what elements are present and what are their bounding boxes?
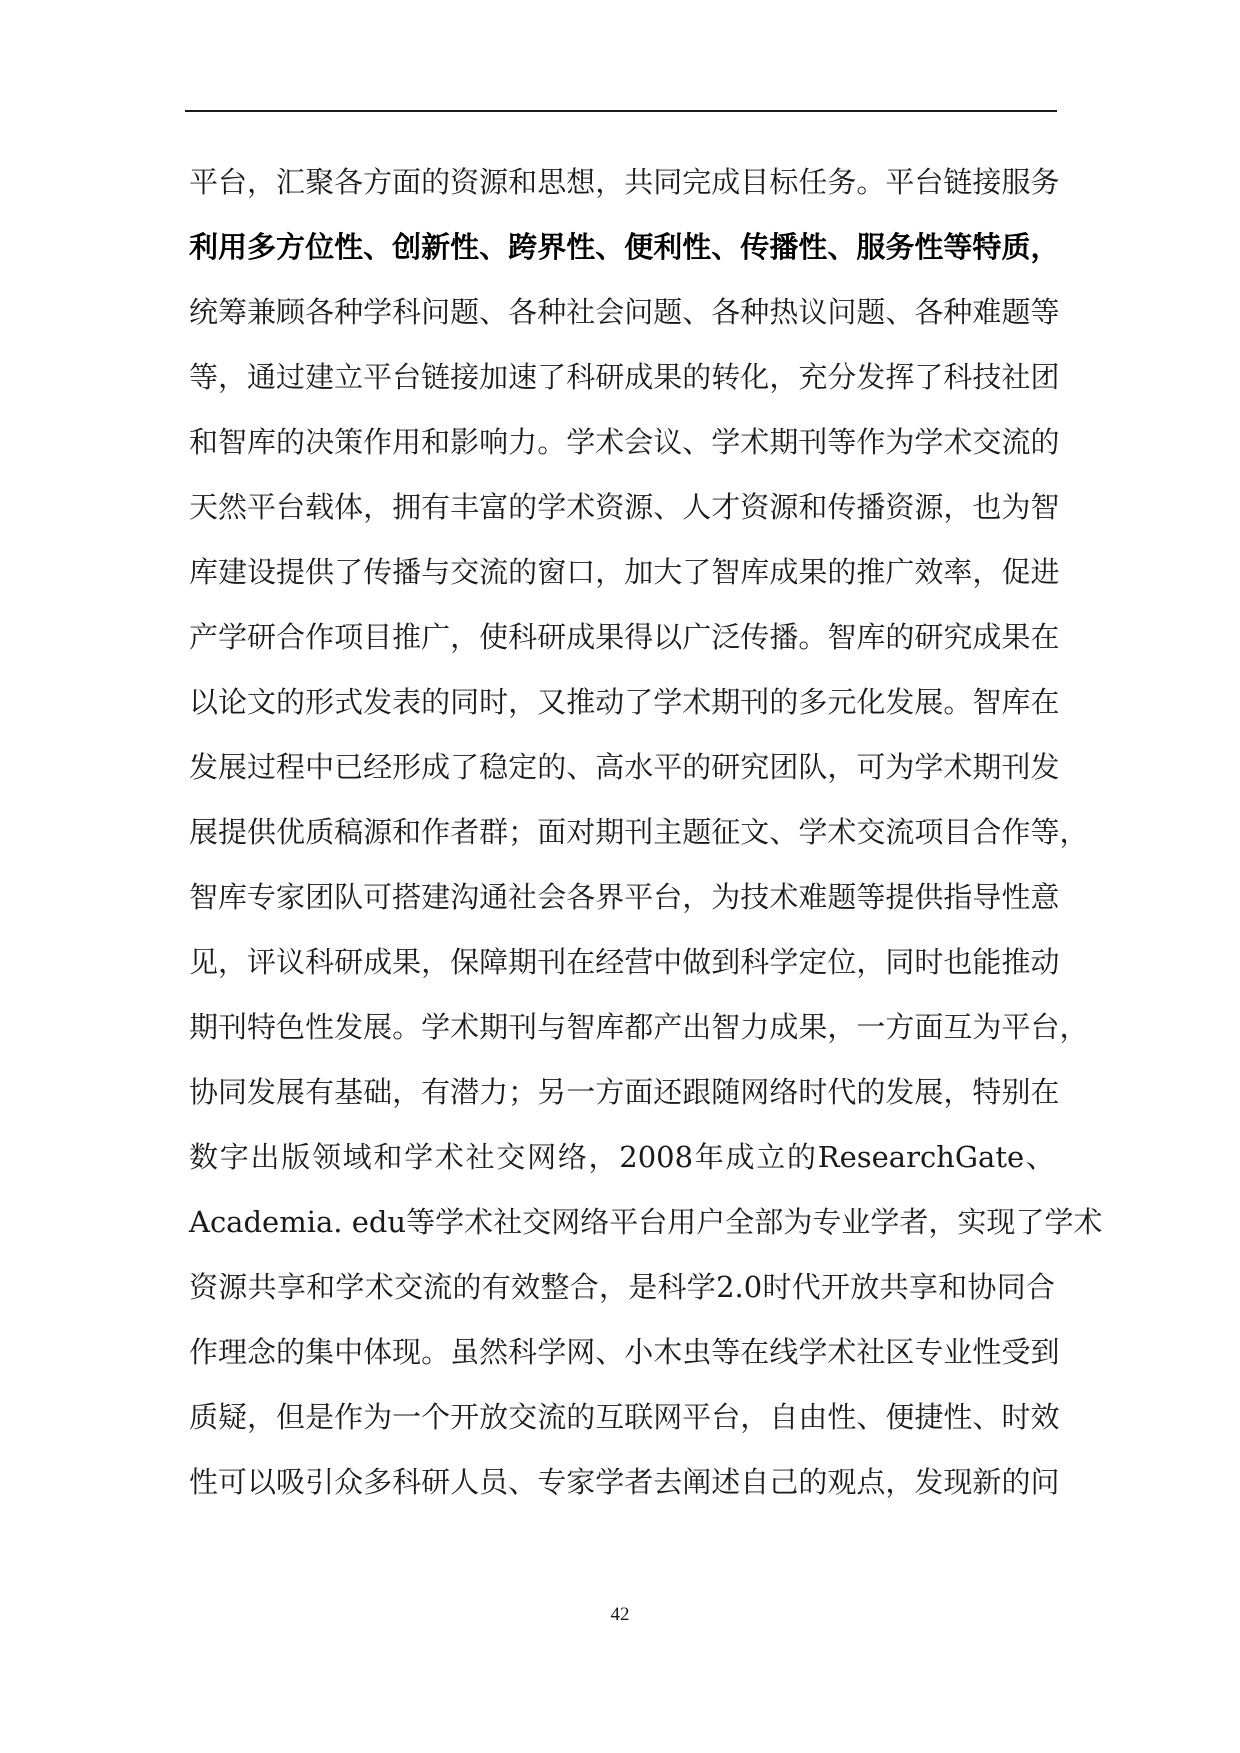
text-line-1-content: 平台，汇聚各方面的资源和思想，共同完成目标任务。平台链接服务 — [189, 150, 1055, 215]
text-line-3-content: 统筹兼顾各种学科问题、各种社会问题、各种热议问题、各种难题等 — [189, 280, 1055, 345]
text-line-11: 展提供优质稿源和作者群；面对期刊主题征文、学术交流项目合作等， — [189, 800, 1055, 865]
text-line-18: 资源共享和学术交流的有效整合，是科学2.0时代开放共享和协同合 — [189, 1255, 1055, 1320]
header-rule — [185, 110, 1057, 112]
text-line-2-content: 利用多方位性、创新性、跨界性、便利性、传播性、服务性等特质， — [189, 215, 1055, 280]
text-line-21-content: 性可以吸引众多科研人员、专家学者去阐述自己的观点，发现新的问 — [189, 1450, 1055, 1515]
text-line-21: 性可以吸引众多科研人员、专家学者去阐述自己的观点，发现新的问 — [189, 1450, 1055, 1515]
text-line-16: 数字出版领域和学术社交网络，2008年成立的ResearchGate、 — [189, 1125, 1055, 1190]
text-line-10: 发展过程中已经形成了稳定的、高水平的研究团队，可为学术期刊发 — [189, 735, 1055, 800]
text-line-20-content: 质疑，但是作为一个开放交流的互联网平台，自由性、便捷性、时效 — [189, 1385, 1055, 1450]
text-line-2-bold: 利用多方位性、创新性、跨界性、便利性、传播性、服务性等特质， — [189, 215, 1055, 280]
text-line-7-content: 库建设提供了传播与交流的窗口，加大了智库成果的推广效率，促进 — [189, 540, 1055, 605]
text-line-8-content: 产学研合作项目推广，使科研成果得以广泛传播。智库的研究成果在 — [189, 605, 1055, 670]
text-line-3: 统筹兼顾各种学科问题、各种社会问题、各种热议问题、各种难题等 — [189, 280, 1055, 345]
text-line-16-content: 数字出版领域和学术社交网络，2008年成立的ResearchGate、 — [189, 1125, 1055, 1190]
text-line-6-content: 天然平台载体，拥有丰富的学术资源、人才资源和传播资源，也为智 — [189, 475, 1055, 540]
text-line-19-content: 作理念的集中体现。虽然科学网、小木虫等在线学术社区专业性受到 — [189, 1320, 1055, 1385]
text-line-15-content: 协同发展有基础，有潜力；另一方面还跟随网络时代的发展，特别在 — [189, 1060, 1055, 1125]
text-line-1: 平台，汇聚各方面的资源和思想，共同完成目标任务。平台链接服务 — [189, 150, 1055, 215]
text-line-17-content: Academia. edu等学术社交网络平台用户全部为专业学者，实现了学术 — [189, 1190, 1055, 1255]
page-number: 42 — [0, 1604, 1240, 1626]
text-line-5-content: 和智库的决策作用和影响力。学术会议、学术期刊等作为学术交流的 — [189, 410, 1055, 475]
text-line-9-content: 以论文的形式发表的同时，又推动了学术期刊的多元化发展。智库在 — [189, 670, 1055, 735]
text-line-4: 等，通过建立平台链接加速了科研成果的转化，充分发挥了科技社团 — [189, 345, 1055, 410]
text-line-12: 智库专家团队可搭建沟通社会各界平台，为技术难题等提供指导性意 — [189, 865, 1055, 930]
text-line-8: 产学研合作项目推广，使科研成果得以广泛传播。智库的研究成果在 — [189, 605, 1055, 670]
text-line-6: 天然平台载体，拥有丰富的学术资源、人才资源和传播资源，也为智 — [189, 475, 1055, 540]
text-line-14-content: 期刊特色性发展。学术期刊与智库都产出智力成果，一方面互为平台， — [189, 995, 1055, 1060]
text-line-11-content: 展提供优质稿源和作者群；面对期刊主题征文、学术交流项目合作等， — [189, 800, 1055, 865]
text-line-19: 作理念的集中体现。虽然科学网、小木虫等在线学术社区专业性受到 — [189, 1320, 1055, 1385]
text-line-18-content: 资源共享和学术交流的有效整合，是科学2.0时代开放共享和协同合 — [189, 1255, 1055, 1320]
text-line-13: 见，评议科研成果，保障期刊在经营中做到科学定位，同时也能推动 — [189, 930, 1055, 995]
text-line-13-content: 见，评议科研成果，保障期刊在经营中做到科学定位，同时也能推动 — [189, 930, 1055, 995]
document-page: 平台，汇聚各方面的资源和思想，共同完成目标任务。平台链接服务 利用多方位性、创新… — [0, 0, 1240, 1753]
text-line-15: 协同发展有基础，有潜力；另一方面还跟随网络时代的发展，特别在 — [189, 1060, 1055, 1125]
text-line-12-content: 智库专家团队可搭建沟通社会各界平台，为技术难题等提供指导性意 — [189, 865, 1055, 930]
text-line-10-content: 发展过程中已经形成了稳定的、高水平的研究团队，可为学术期刊发 — [189, 735, 1055, 800]
text-line-4-content: 等，通过建立平台链接加速了科研成果的转化，充分发挥了科技社团 — [189, 345, 1055, 410]
text-line-20: 质疑，但是作为一个开放交流的互联网平台，自由性、便捷性、时效 — [189, 1385, 1055, 1450]
body-text: 平台，汇聚各方面的资源和思想，共同完成目标任务。平台链接服务 利用多方位性、创新… — [189, 150, 1055, 1515]
text-line-7: 库建设提供了传播与交流的窗口，加大了智库成果的推广效率，促进 — [189, 540, 1055, 605]
text-line-14: 期刊特色性发展。学术期刊与智库都产出智力成果，一方面互为平台， — [189, 995, 1055, 1060]
text-line-9: 以论文的形式发表的同时，又推动了学术期刊的多元化发展。智库在 — [189, 670, 1055, 735]
text-line-17: Academia. edu等学术社交网络平台用户全部为专业学者，实现了学术 — [189, 1190, 1055, 1255]
text-line-5: 和智库的决策作用和影响力。学术会议、学术期刊等作为学术交流的 — [189, 410, 1055, 475]
